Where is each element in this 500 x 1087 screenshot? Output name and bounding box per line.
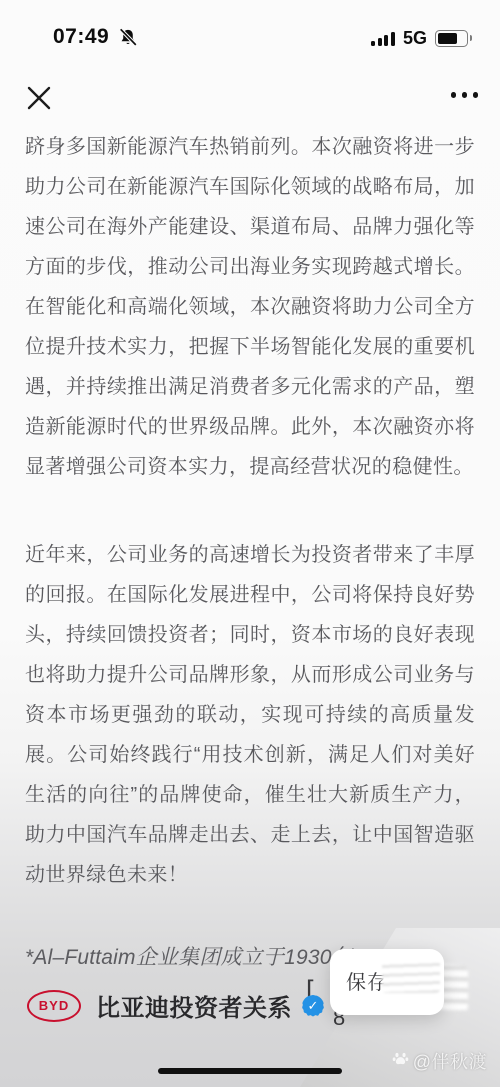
close-button[interactable]: [24, 84, 54, 114]
status-right-cluster: 5G: [371, 28, 468, 49]
signal-bars-icon: [371, 31, 395, 46]
account-name[interactable]: 比亚迪投资者关系: [96, 988, 292, 1023]
article-paragraph-1: 跻身多国新能源汽车热销前列。本次融资将进一步助力公司在新能源汽车国际化领域的战略…: [25, 127, 475, 487]
toolbar: [0, 80, 500, 120]
byd-logo-text: BYD: [39, 998, 69, 1013]
verified-badge-icon: ✓: [302, 995, 324, 1017]
battery-icon: [435, 30, 468, 47]
popup-smear-artifact: [382, 959, 440, 993]
dot-icon: [473, 92, 479, 98]
dot-icon: [462, 92, 468, 98]
screen: 07:49 5G 跻身多国新能源汽车热销前列。本次融资: [0, 0, 500, 1087]
dot-icon: [451, 92, 457, 98]
byd-logo: BYD: [27, 990, 81, 1022]
watermark-handle: @伴秋渡: [413, 1048, 487, 1074]
network-label: 5G: [403, 28, 427, 49]
status-bar: 07:49 5G: [0, 22, 500, 56]
save-popup[interactable]: 保存: [330, 949, 444, 1015]
more-options-button[interactable]: [451, 92, 479, 98]
bell-slash-icon: [117, 27, 139, 49]
home-indicator[interactable]: [158, 1068, 342, 1074]
article-body: 跻身多国新能源汽车热销前列。本次融资将进一步助力公司在新能源汽车国际化领域的战略…: [25, 127, 475, 973]
watermark: @伴秋渡: [392, 1048, 487, 1074]
paw-icon: [392, 1050, 409, 1072]
status-time: 07:49: [53, 25, 109, 49]
account-row[interactable]: BYD 比亚迪投资者关系 ✓: [27, 988, 324, 1023]
article-paragraph-2: 近年来，公司业务的高速增长为投资者带来了丰厚的回报。在国际化发展进程中，公司将保…: [25, 535, 475, 895]
